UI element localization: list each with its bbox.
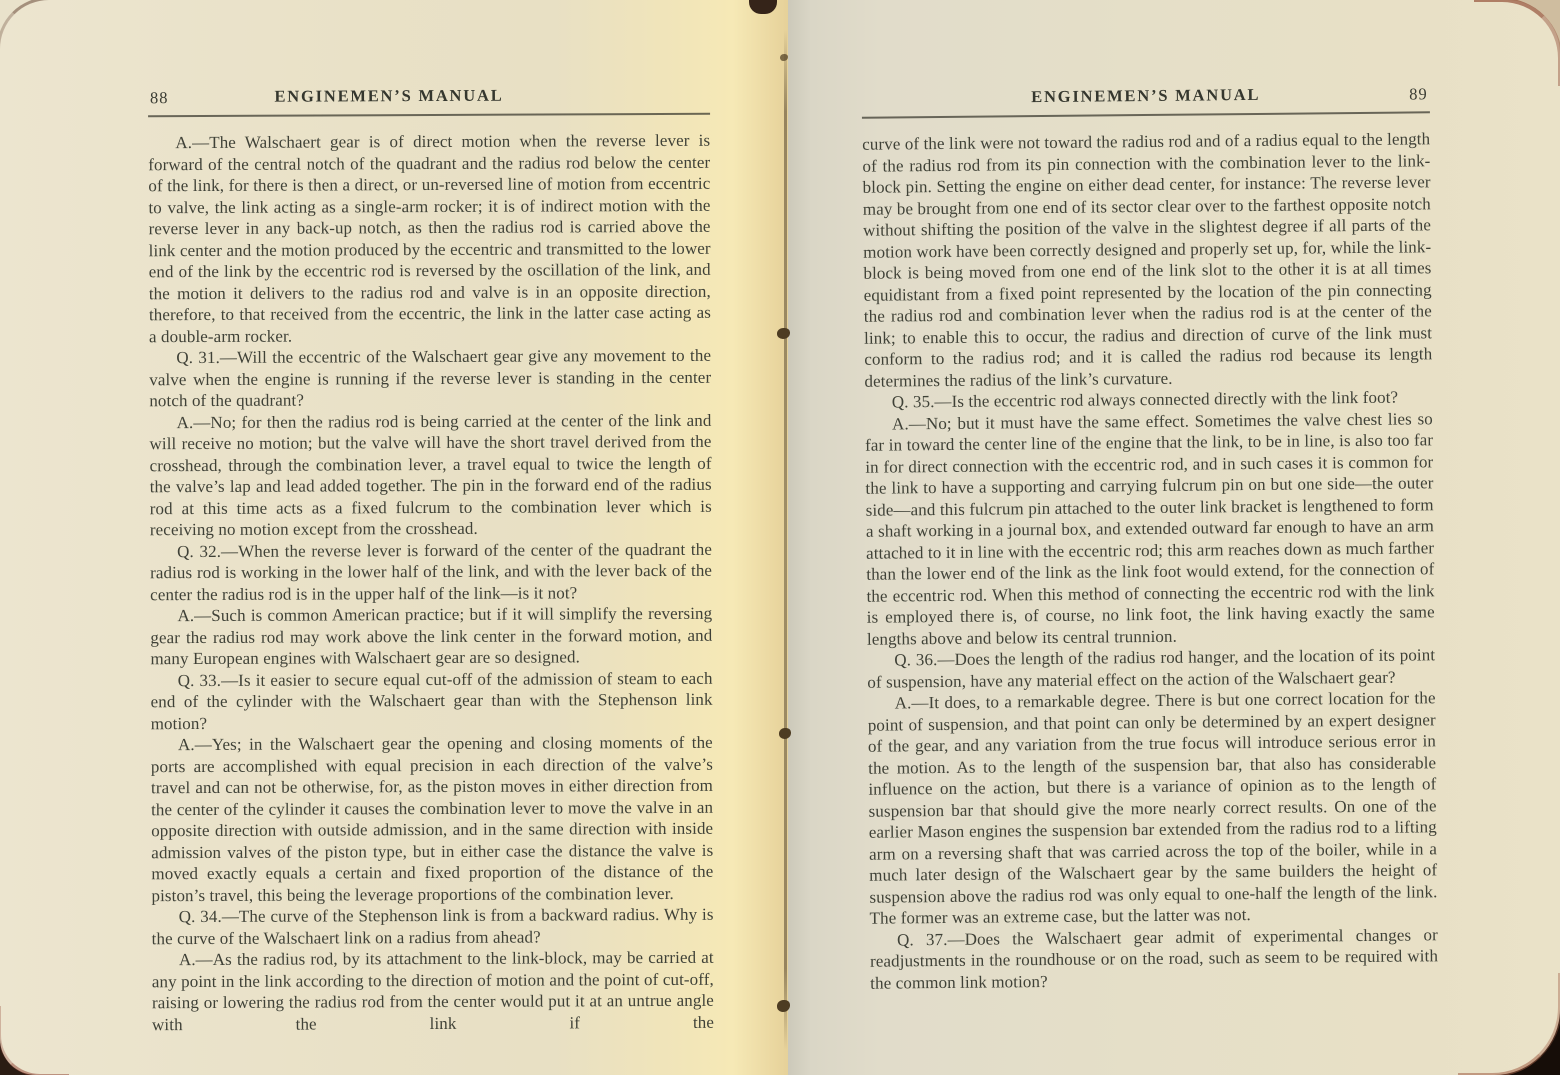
paragraph: Q. 33.—Is it easier to secure equal cut-… bbox=[150, 667, 712, 734]
right-running-head: ENGINEMEN’S MANUAL 89 bbox=[862, 83, 1430, 112]
left-head-rule bbox=[148, 113, 710, 117]
paragraph: Q. 32.—When the reverse lever is forward… bbox=[150, 538, 712, 605]
left-running-head: 88 ENGINEMEN’S MANUAL bbox=[148, 85, 710, 111]
right-head-rule bbox=[862, 111, 1430, 118]
paragraph: A.—As the radius rod, by its attachment … bbox=[152, 947, 714, 1035]
paragraph: curve of the link were not toward the ra… bbox=[862, 128, 1432, 391]
binding-crease bbox=[784, 30, 787, 1050]
left-page-text-column: 88 ENGINEMEN’S MANUAL A.—The Walschaert … bbox=[148, 85, 714, 1035]
paragraph: A.—No; for then the radius rod is being … bbox=[149, 409, 712, 540]
paragraph: A.—Such is common American practice; but… bbox=[150, 603, 712, 670]
right-page-number: 89 bbox=[1409, 84, 1428, 104]
paragraph: A.—The Walschaert gear is of direct moti… bbox=[148, 130, 711, 347]
paragraph: Q. 31.—Will the eccentric of the Walscha… bbox=[149, 345, 711, 412]
right-running-title: ENGINEMEN’S MANUAL bbox=[862, 83, 1430, 108]
book-spread: 88 ENGINEMEN’S MANUAL A.—The Walschaert … bbox=[0, 0, 1560, 1075]
paragraph: A.—Yes; in the Walschaert gear the openi… bbox=[151, 732, 714, 906]
left-running-title: ENGINEMEN’S MANUAL bbox=[108, 85, 670, 107]
paragraph: Q. 36.—Does the length of the radius rod… bbox=[867, 644, 1435, 692]
right-body-text: curve of the link were not toward the ra… bbox=[862, 128, 1438, 993]
left-body-text: A.—The Walschaert gear is of direct moti… bbox=[148, 130, 714, 1035]
paragraph: Q. 37.—Does the Walschaert gear admit of… bbox=[870, 924, 1439, 994]
paragraph: A.—It does, to a remarkable degree. Ther… bbox=[867, 687, 1437, 929]
paragraph: Q. 34.—The curve of the Stephenson link … bbox=[152, 904, 714, 949]
right-page-text-column: ENGINEMEN’S MANUAL 89 curve of the link … bbox=[862, 83, 1439, 993]
paragraph: A.—No; but it must have the same effect.… bbox=[865, 408, 1435, 650]
